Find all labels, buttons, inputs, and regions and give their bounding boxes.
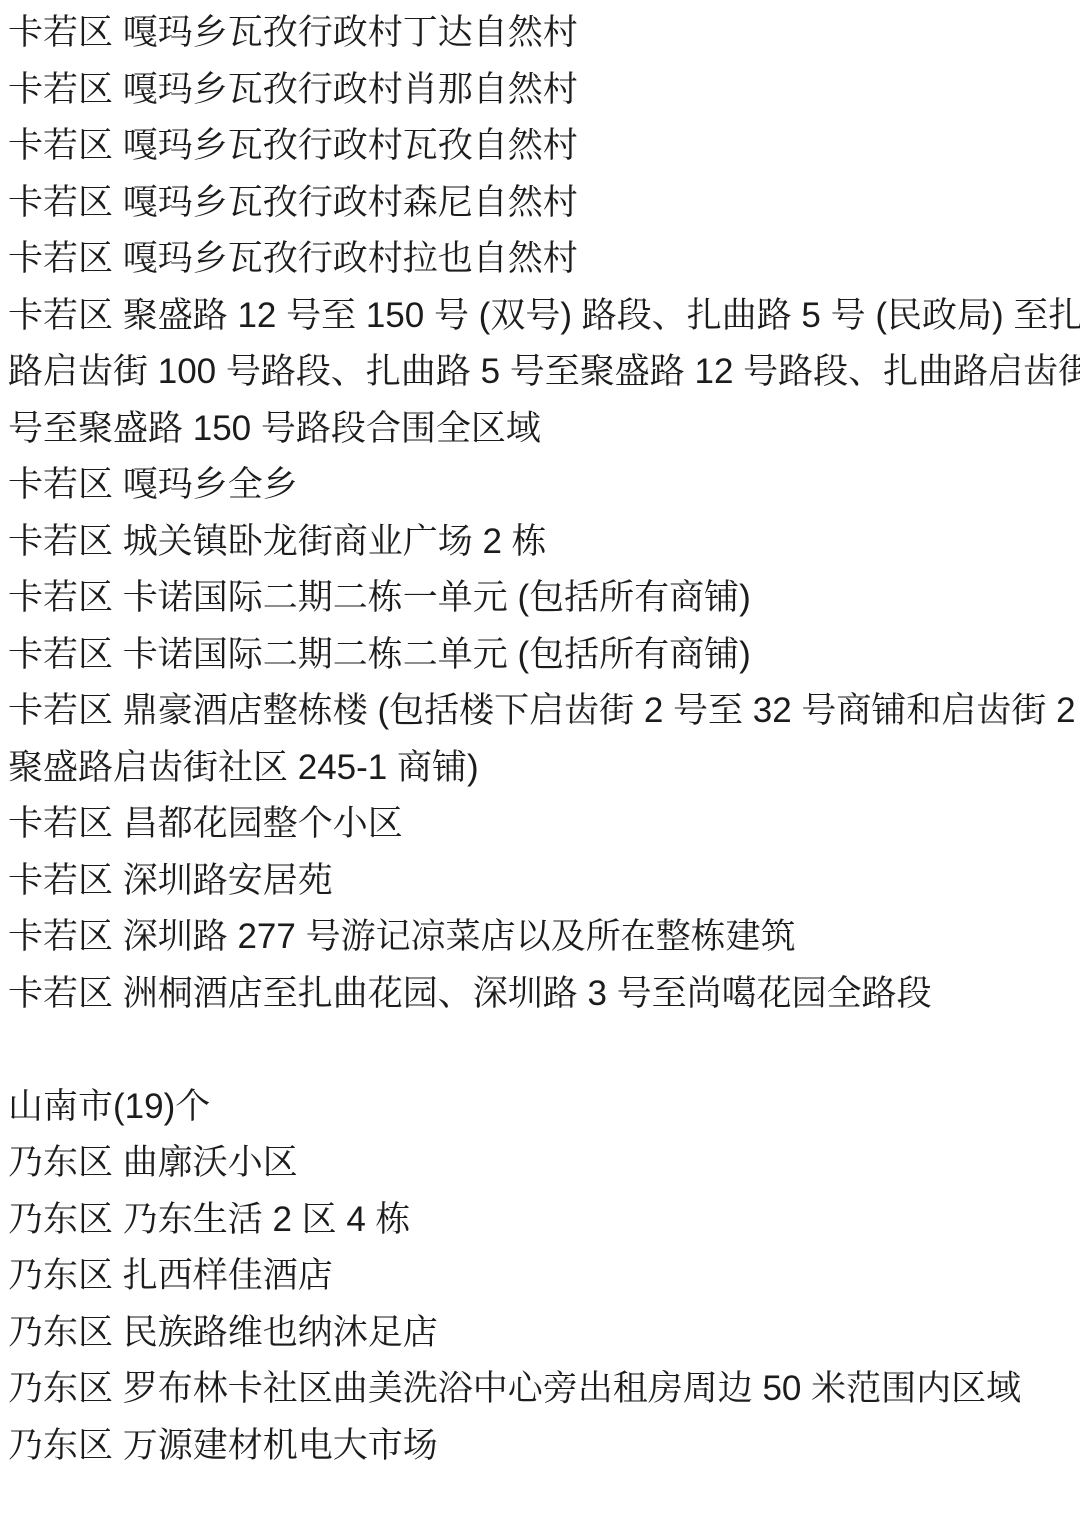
list-entry-line: 卡若区 深圳路安居苑 <box>8 853 1076 910</box>
list-entry-line: 卡若区 嘎玛乡瓦孜行政村丁达自然村 <box>8 5 1076 62</box>
list-entry-line: 卡若区 深圳路 277 号游记凉菜店以及所在整栋建筑 <box>8 909 1076 966</box>
list-entry-line: 卡若区 卡诺国际二期二栋二单元 (包括所有商铺) <box>8 627 1076 684</box>
karuo-district-list: 卡若区 嘎玛乡瓦孜行政村丁达自然村卡若区 嘎玛乡瓦孜行政村肖那自然村卡若区 嘎玛… <box>8 5 1076 1022</box>
list-entry-line: 卡若区 嘎玛乡全乡 <box>8 457 1076 514</box>
list-entry-wrap-line: 聚盛路启齿街社区 245-1 商铺) <box>8 740 1076 797</box>
list-entry-line: 乃东区 扎西样佳酒店 <box>8 1248 1076 1305</box>
list-entry-line: 卡若区 嘎玛乡瓦孜行政村肖那自然村 <box>8 62 1076 119</box>
list-entry-line: 卡若区 卡诺国际二期二栋一单元 (包括所有商铺) <box>8 570 1076 627</box>
list-entry-line: 卡若区 洲桐酒店至扎曲花园、深圳路 3 号至尚噶花园全路段 <box>8 966 1076 1023</box>
list-entry-line: 乃东区 万源建材机电大市场 <box>8 1418 1076 1475</box>
list-entry-line: 乃东区 罗布林卡社区曲美洗浴中心旁出租房周边 50 米范围内区域 <box>8 1361 1076 1418</box>
list-entry-line: 卡若区 嘎玛乡瓦孜行政村瓦孜自然村 <box>8 118 1076 175</box>
list-entry-wrap-line: 路启齿街 100 号路段、扎曲路 5 号至聚盛路 12 号路段、扎曲路启齿街 1… <box>8 344 1076 401</box>
list-entry-line: 乃东区 曲廓沃小区 <box>8 1135 1076 1192</box>
list-entry-line: 卡若区 城关镇卧龙街商业广场 2 栋 <box>8 514 1076 571</box>
list-entry-line: 乃东区 乃东生活 2 区 4 栋 <box>8 1192 1076 1249</box>
section-title: 山南市(19)个 <box>8 1079 1076 1136</box>
list-entry-line: 乃东区 民族路维也纳沐足店 <box>8 1305 1076 1362</box>
list-entry-wrap-line: 号至聚盛路 150 号路段合围全区域 <box>8 401 1076 458</box>
risk-area-document: 卡若区 嘎玛乡瓦孜行政村丁达自然村卡若区 嘎玛乡瓦孜行政村肖那自然村卡若区 嘎玛… <box>0 0 1080 1474</box>
list-entry-line: 卡若区 嘎玛乡瓦孜行政村森尼自然村 <box>8 175 1076 232</box>
shannan-city-list: 山南市(19)个乃东区 曲廓沃小区乃东区 乃东生活 2 区 4 栋乃东区 扎西样… <box>8 1079 1076 1475</box>
list-entry-line: 卡若区 鼎豪酒店整栋楼 (包括楼下启齿街 2 号至 32 号商铺和启齿街 2 号… <box>8 683 1076 740</box>
list-entry-line: 卡若区 昌都花园整个小区 <box>8 796 1076 853</box>
list-entry-line: 卡若区 嘎玛乡瓦孜行政村拉也自然村 <box>8 231 1076 288</box>
list-entry-line: 卡若区 聚盛路 12 号至 150 号 (双号) 路段、扎曲路 5 号 (民政局… <box>8 288 1076 345</box>
